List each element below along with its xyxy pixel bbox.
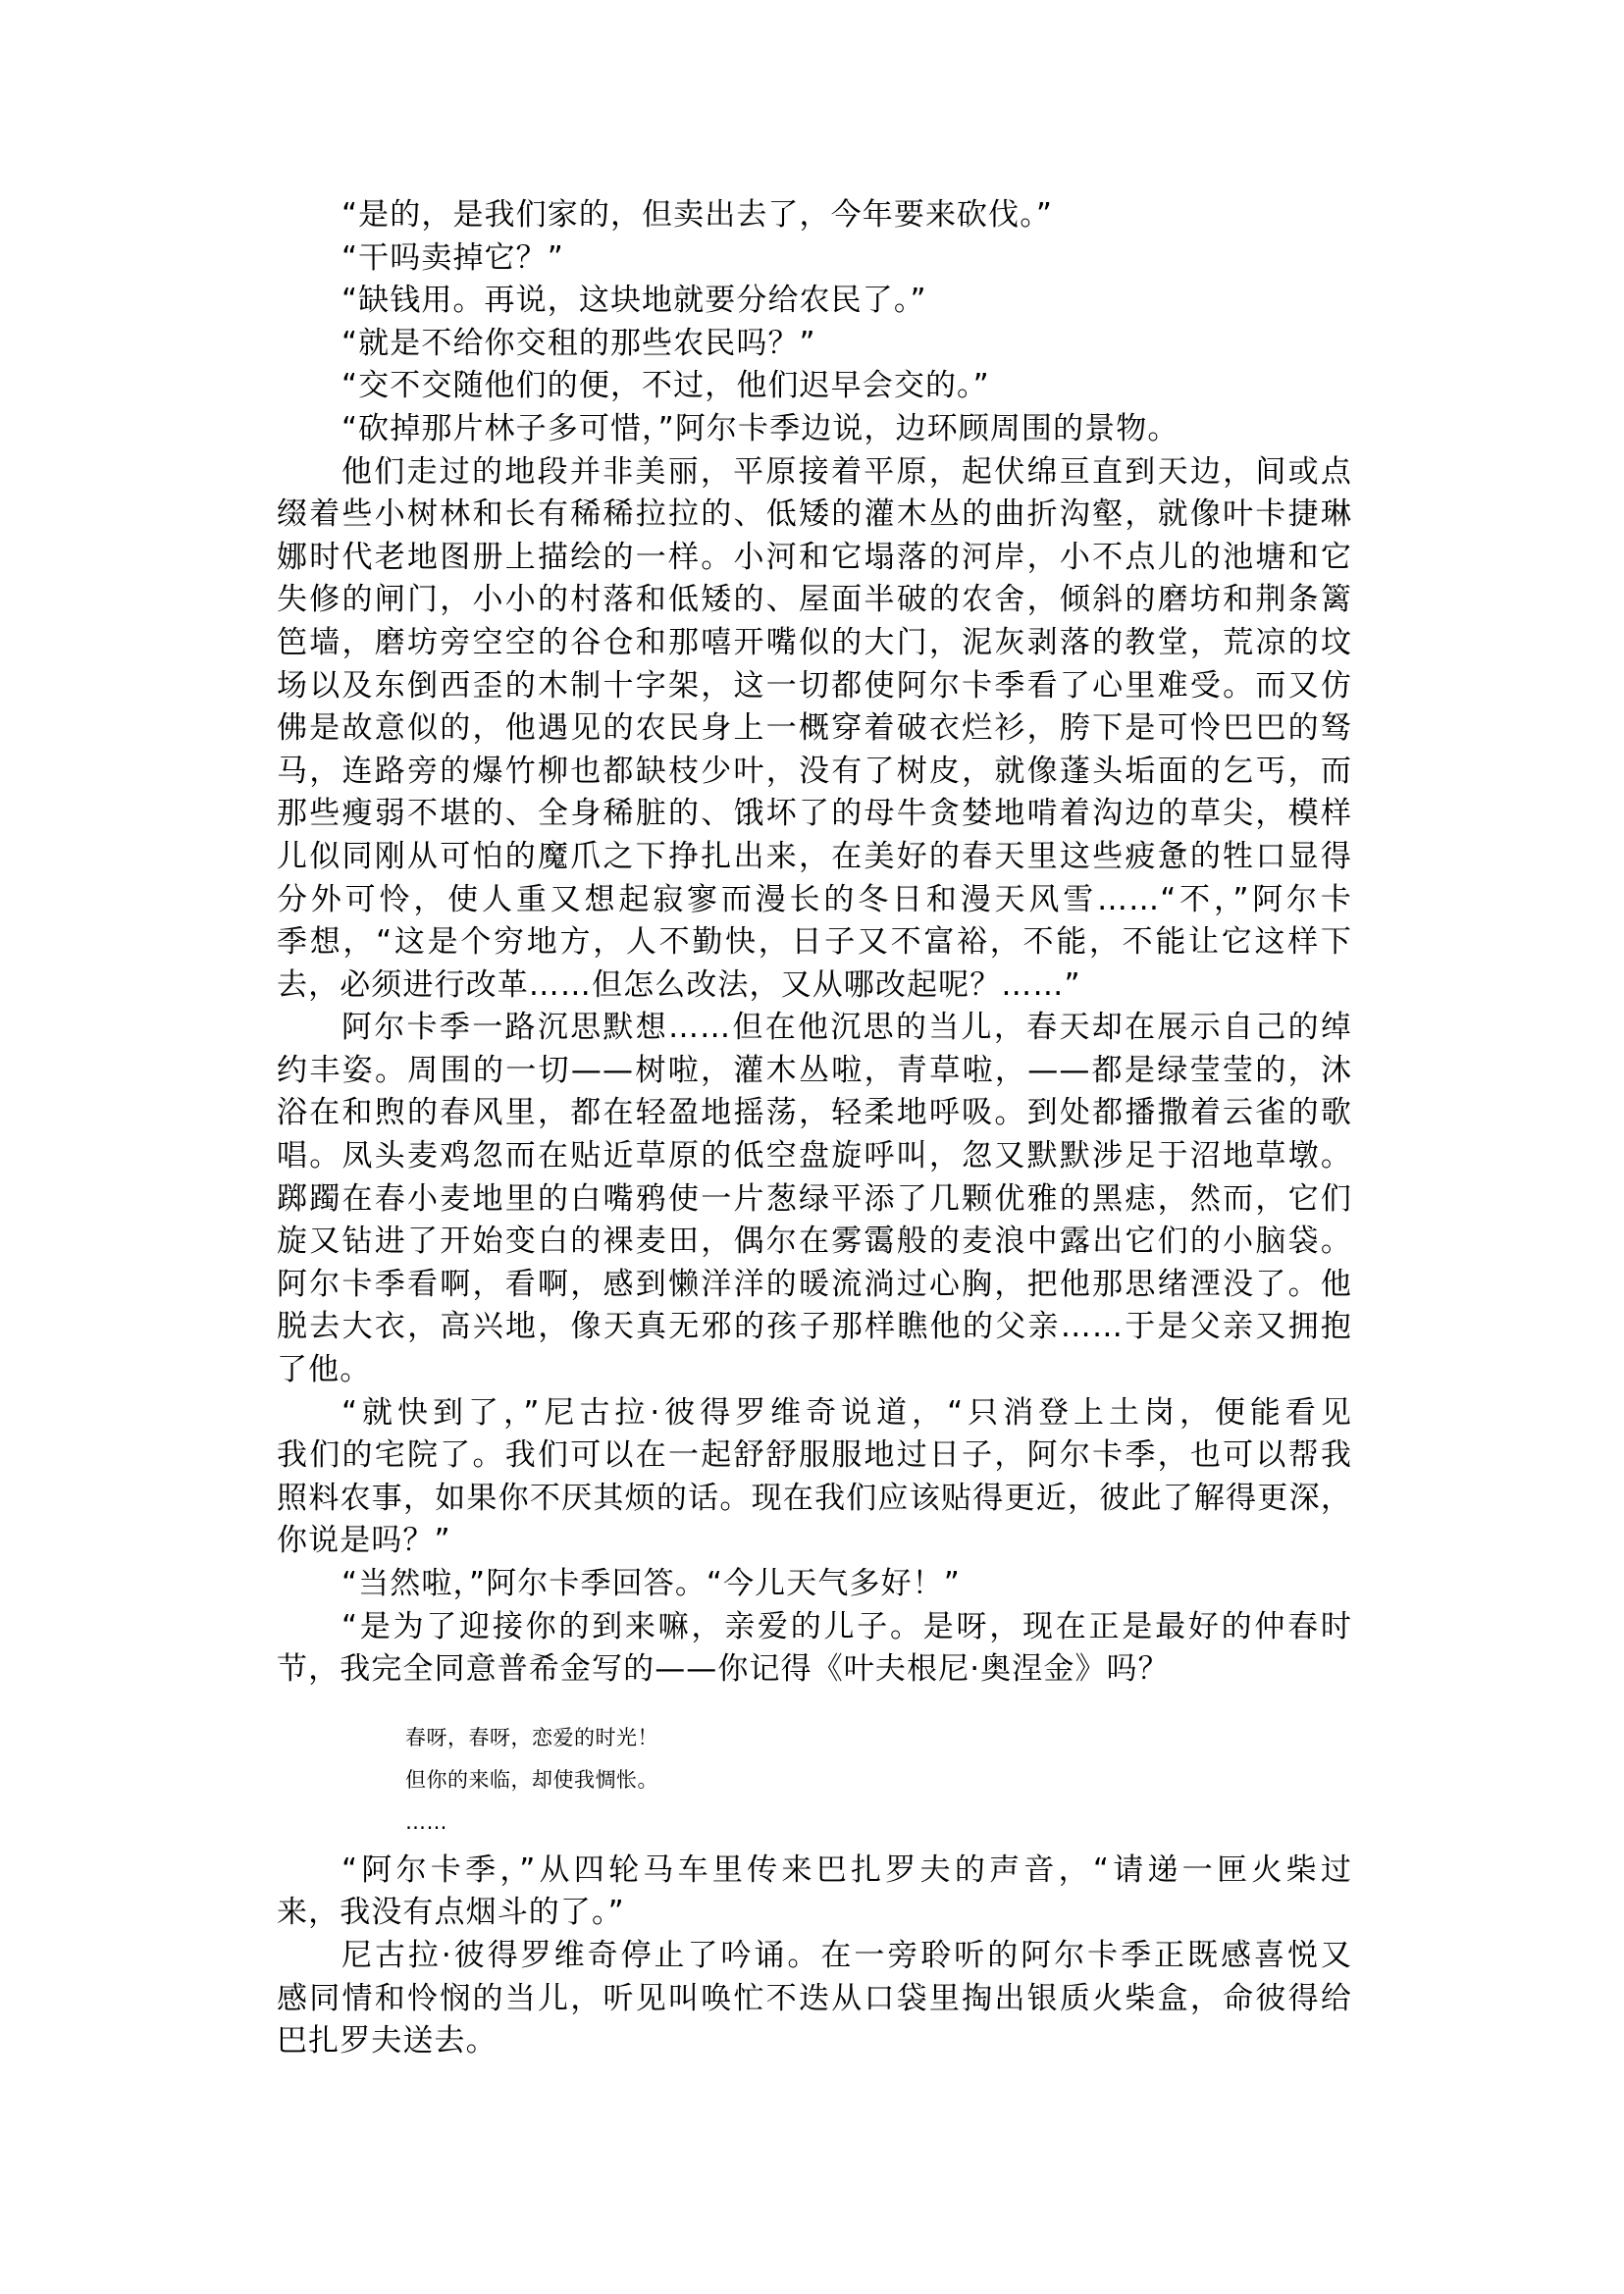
text-line: 那些瘦弱不堪的、全身稀脏的、饿坏了的母牛贪婪地啃着沟边的草尖，模样	[277, 793, 1352, 836]
text-line: 来，我没有点烟斗的了。”	[277, 1892, 1352, 1935]
text-line: 季想，“这是个穷地方，人不勤快，日子又不富裕，不能，不能让它这样下	[277, 921, 1352, 965]
document-page: “是的，是我们家的，但卖出去了，今年要来砍伐。”“干吗卖掉它？”“缺钱用。再说，…	[0, 0, 1624, 2294]
paragraph: 他们走过的地段并非美丽，平原接着平原，起伏绵亘直到天边，间或点缀着些小树林和长有…	[277, 451, 1352, 1008]
text-line: 唱。凤头麦鸡忽而在贴近草原的低空盘旋呼叫，忽又默默涉足于沼地草墩。	[277, 1135, 1352, 1178]
paragraph: “就快到了，”尼古拉·彼得罗维奇说道，“只消登上土岗，便能看见我们的宅院了。我们…	[277, 1392, 1352, 1563]
paragraph: “当然啦，”阿尔卡季回答。“今儿天气多好！”	[277, 1563, 1352, 1606]
poem-line: 但你的来临，却使我惆怅。	[405, 1759, 1352, 1801]
paragraph: “交不交随他们的便，不过，他们迟早会交的。”	[277, 365, 1352, 408]
text-line: “缺钱用。再说，这块地就要分给农民了。”	[277, 280, 1352, 323]
text-line: “当然啦，”阿尔卡季回答。“今儿天气多好！”	[277, 1563, 1352, 1606]
paragraphs-before-poem: “是的，是我们家的，但卖出去了，今年要来砍伐。”“干吗卖掉它？”“缺钱用。再说，…	[277, 194, 1352, 1692]
text-line: “砍掉那片林子多可惜，”阿尔卡季边说，边环顾周围的景物。	[277, 408, 1352, 451]
text-line: 踯躅在春小麦地里的白嘴鸦使一片葱绿平添了几颗优雅的黑痣，然而，它们	[277, 1178, 1352, 1222]
text-line: 旋又钻进了开始变白的裸麦田，偶尔在雾霭般的麦浪中露出它们的小脑袋。	[277, 1221, 1352, 1264]
text-line: 约丰姿。周围的一切——树啦，灌木丛啦，青草啦，——都是绿莹莹的，沐	[277, 1050, 1352, 1093]
text-line: 场以及东倒西歪的木制十字架，这一切都使阿尔卡季看了心里难受。而又仿	[277, 665, 1352, 708]
text-line: “就是不给你交租的那些农民吗？”	[277, 323, 1352, 366]
text-line: 去，必须进行改革……但怎么改法，又从哪改起呢？……”	[277, 965, 1352, 1008]
text-line: 阿尔卡季一路沉思默想……但在他沉思的当儿，春天却在展示自己的绰	[277, 1007, 1352, 1050]
text-line: 你说是吗？”	[277, 1520, 1352, 1563]
paragraph: “缺钱用。再说，这块地就要分给农民了。”	[277, 280, 1352, 323]
text-line: “交不交随他们的便，不过，他们迟早会交的。”	[277, 365, 1352, 408]
text-line: 感同情和怜悯的当儿，听见叫唤忙不迭从口袋里掏出银质火柴盒，命彼得给	[277, 1978, 1352, 2021]
text-line: 节，我完全同意普希金写的——你记得《叶夫根尼·奥涅金》吗？	[277, 1648, 1352, 1692]
paragraph: 尼古拉·彼得罗维奇停止了吟诵。在一旁聆听的阿尔卡季正既感喜悦又感同情和怜悯的当儿…	[277, 1935, 1352, 2063]
text-line: 巴扎罗夫送去。	[277, 2020, 1352, 2063]
paragraph: “干吗卖掉它？”	[277, 237, 1352, 281]
paragraph: “是为了迎接你的到来嘛，亲爱的儿子。是呀，现在正是最好的仲春时节，我完全同意普希…	[277, 1606, 1352, 1692]
text-line: “就快到了，”尼古拉·彼得罗维奇说道，“只消登上土岗，便能看见	[277, 1392, 1352, 1435]
text-line: 脱去大衣，高兴地，像天真无邪的孩子那样瞧他的父亲……于是父亲又拥抱	[277, 1306, 1352, 1349]
paragraph: “砍掉那片林子多可惜，”阿尔卡季边说，边环顾周围的景物。	[277, 408, 1352, 451]
text-line: 笆墙，磨坊旁空空的谷仓和那嘻开嘴似的大门，泥灰剥落的教堂，荒凉的坟	[277, 622, 1352, 665]
text-line: 缀着些小树林和长有稀稀拉拉的、低矮的灌木丛的曲折沟壑，就像叶卡捷琳	[277, 494, 1352, 537]
text-line: “阿尔卡季，”从四轮马车里传来巴扎罗夫的声音，“请递一匣火柴过	[277, 1850, 1352, 1893]
text-line: 照料农事，如果你不厌其烦的话。现在我们应该贴得更近，彼此了解得更深，	[277, 1478, 1352, 1521]
text-line: 了他。	[277, 1349, 1352, 1392]
paragraph: “就是不给你交租的那些农民吗？”	[277, 323, 1352, 366]
text-line: “是的，是我们家的，但卖出去了，今年要来砍伐。”	[277, 194, 1352, 237]
paragraph: “是的，是我们家的，但卖出去了，今年要来砍伐。”	[277, 194, 1352, 237]
text-line: 我们的宅院了。我们可以在一起舒舒服服地过日子，阿尔卡季，也可以帮我	[277, 1434, 1352, 1478]
paragraphs-after-poem: “阿尔卡季，”从四轮马车里传来巴扎罗夫的声音，“请递一匣火柴过来，我没有点烟斗的…	[277, 1850, 1352, 2063]
paragraph: 阿尔卡季一路沉思默想……但在他沉思的当儿，春天却在展示自己的绰约丰姿。周围的一切…	[277, 1007, 1352, 1391]
text-line: 分外可怜，使人重又想起寂寥而漫长的冬日和漫天风雪……“不，”阿尔卡	[277, 879, 1352, 922]
text-line: “干吗卖掉它？”	[277, 237, 1352, 281]
text-line: 娜时代老地图册上描绘的一样。小河和它塌落的河岸，小不点儿的池塘和它	[277, 537, 1352, 580]
paragraph: “阿尔卡季，”从四轮马车里传来巴扎罗夫的声音，“请递一匣火柴过来，我没有点烟斗的…	[277, 1850, 1352, 1935]
text-line: 他们走过的地段并非美丽，平原接着平原，起伏绵亘直到天边，间或点	[277, 451, 1352, 495]
text-line: 阿尔卡季看啊，看啊，感到懒洋洋的暖流淌过心胸，把他那思绪湮没了。他	[277, 1264, 1352, 1307]
body-text: “是的，是我们家的，但卖出去了，今年要来砍伐。”“干吗卖掉它？”“缺钱用。再说，…	[277, 194, 1352, 2063]
poem-quote: 春呀，春呀，恋爱的时光！但你的来临，却使我惆怅。……	[277, 1717, 1352, 1844]
text-line: 马，连路旁的爆竹柳也都缺枝少叶，没有了树皮，就像蓬头垢面的乞丐，而	[277, 751, 1352, 794]
poem-line: ……	[405, 1801, 1352, 1844]
text-line: 失修的闸门，小小的村落和低矮的、屋面半破的农舍，倾斜的磨坊和荆条篱	[277, 579, 1352, 622]
poem-line: 春呀，春呀，恋爱的时光！	[405, 1717, 1352, 1759]
text-line: 儿似同刚从可怕的魔爪之下挣扎出来，在美好的春天里这些疲惫的牲口显得	[277, 836, 1352, 879]
text-line: 尼古拉·彼得罗维奇停止了吟诵。在一旁聆听的阿尔卡季正既感喜悦又	[277, 1935, 1352, 1978]
text-line: “是为了迎接你的到来嘛，亲爱的儿子。是呀，现在正是最好的仲春时	[277, 1606, 1352, 1649]
text-line: 佛是故意似的，他遇见的农民身上一概穿着破衣烂衫，胯下是可怜巴巴的驽	[277, 707, 1352, 751]
text-line: 浴在和煦的春风里，都在轻盈地摇荡，轻柔地呼吸。到处都播撒着云雀的歌	[277, 1092, 1352, 1135]
